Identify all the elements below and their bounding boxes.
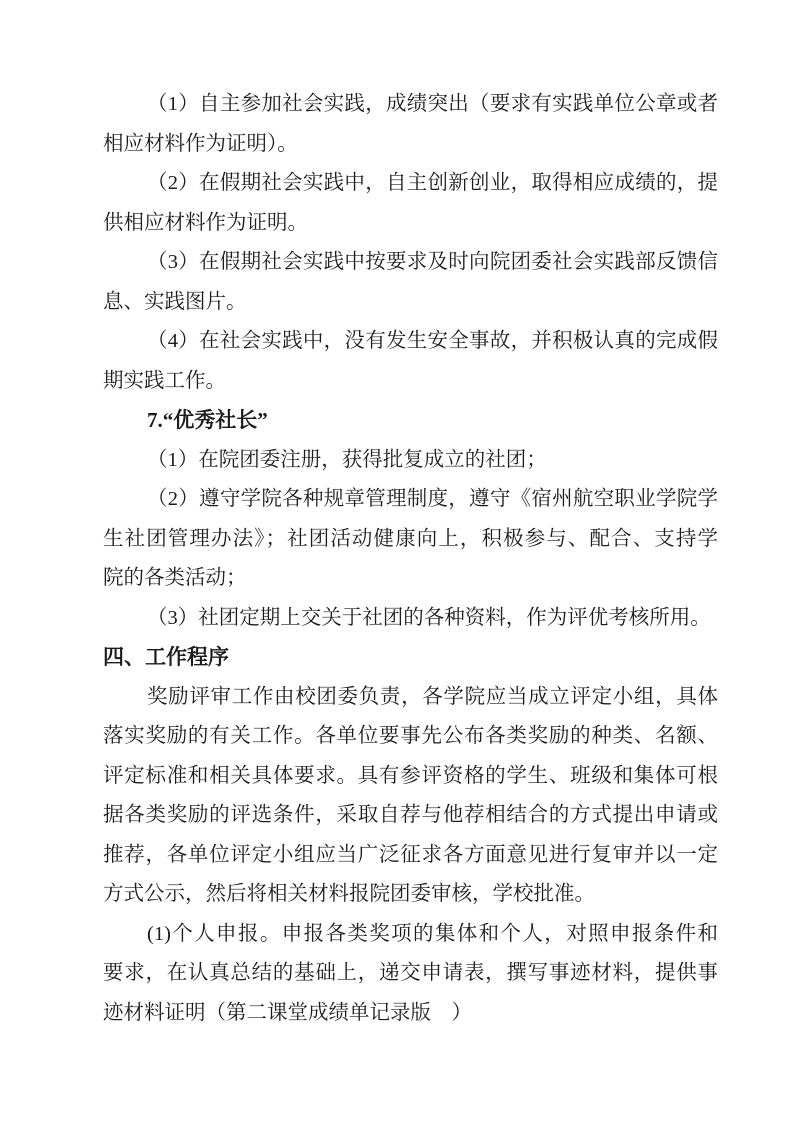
- paragraph-line: 生社团管理办法》；社团活动健康向上，积极参与、配合、支持学: [103, 520, 718, 560]
- paragraph-line: 推荐，各单位评定小组应当广泛征求各方面意见进行复审并以一定: [103, 836, 718, 876]
- paragraph-line: 院的各类活动；: [103, 559, 718, 599]
- paragraph-line: 迹材料证明（第二课堂成绩单记录版 ）: [103, 994, 718, 1034]
- paragraph-line: （1）在院团委注册，获得批复成立的社团；: [103, 441, 718, 481]
- paragraph: （1）自主参加社会实践，成绩突出（要求有实践单位公章或者相应材料作为证明）。: [103, 85, 718, 164]
- paragraph-line: （4）在社会实践中，没有发生安全事故，并积极认真的完成假: [103, 322, 718, 362]
- paragraph-line: （2）遵守学院各种规章管理制度，遵守《宿州航空职业学院学: [103, 480, 718, 520]
- paragraph-line: 落实奖励的有关工作。各单位要事先公布各类奖励的种类、名额、: [103, 717, 718, 757]
- paragraph-line: （2）在假期社会实践中，自主创新创业，取得相应成绩的，提: [103, 164, 718, 204]
- paragraph-line: （1）自主参加社会实践，成绩突出（要求有实践单位公章或者: [103, 85, 718, 125]
- paragraph: （4）在社会实践中，没有发生安全事故，并积极认真的完成假期实践工作。: [103, 322, 718, 401]
- paragraph-line: (1)个人申报。申报各类奖项的集体和个人，对照申报条件和: [103, 915, 718, 955]
- document-body: （1）自主参加社会实践，成绩突出（要求有实践单位公章或者相应材料作为证明）。（2…: [103, 85, 718, 1033]
- paragraph-line: 奖励评审工作由校团委负责，各学院应当成立评定小组，具体: [103, 678, 718, 718]
- paragraph-line: （3）在假期社会实践中按要求及时向院团委社会实践部反馈信: [103, 243, 718, 283]
- paragraph-line: 供相应材料作为证明。: [103, 204, 718, 244]
- sub-heading: 7.“优秀社长”: [103, 401, 718, 441]
- paragraph-line: 评定标准和相关具体要求。具有参评资格的学生、班级和集体可根: [103, 757, 718, 797]
- sub-heading-text: 7.“优秀社长”: [103, 401, 718, 441]
- paragraph-line: 据各类奖励的评选条件，采取自荐与他荐相结合的方式提出申请或: [103, 796, 718, 836]
- section-heading-text: 四、工作程序: [103, 638, 718, 678]
- paragraph: （1）在院团委注册，获得批复成立的社团；: [103, 441, 718, 481]
- paragraph: 奖励评审工作由校团委负责，各学院应当成立评定小组，具体落实奖励的有关工作。各单位…: [103, 678, 718, 915]
- paragraph-line: 期实践工作。: [103, 362, 718, 402]
- paragraph: (1)个人申报。申报各类奖项的集体和个人，对照申报条件和要求，在认真总结的基础上…: [103, 915, 718, 1034]
- document-page: （1）自主参加社会实践，成绩突出（要求有实践单位公章或者相应材料作为证明）。（2…: [0, 0, 793, 1122]
- section-heading: 四、工作程序: [103, 638, 718, 678]
- paragraph-line: 方式公示，然后将相关材料报院团委审核，学校批准。: [103, 875, 718, 915]
- paragraph-line: （3）社团定期上交关于社团的各种资料，作为评优考核所用。: [103, 599, 718, 639]
- paragraph: （3）在假期社会实践中按要求及时向院团委社会实践部反馈信息、实践图片。: [103, 243, 718, 322]
- paragraph-line: 相应材料作为证明）。: [103, 125, 718, 165]
- paragraph: （3）社团定期上交关于社团的各种资料，作为评优考核所用。: [103, 599, 718, 639]
- paragraph: （2）遵守学院各种规章管理制度，遵守《宿州航空职业学院学生社团管理办法》；社团活…: [103, 480, 718, 599]
- paragraph: （2）在假期社会实践中，自主创新创业，取得相应成绩的，提供相应材料作为证明。: [103, 164, 718, 243]
- paragraph-line: 要求，在认真总结的基础上，递交申请表，撰写事迹材料，提供事: [103, 954, 718, 994]
- paragraph-line: 息、实践图片。: [103, 283, 718, 323]
